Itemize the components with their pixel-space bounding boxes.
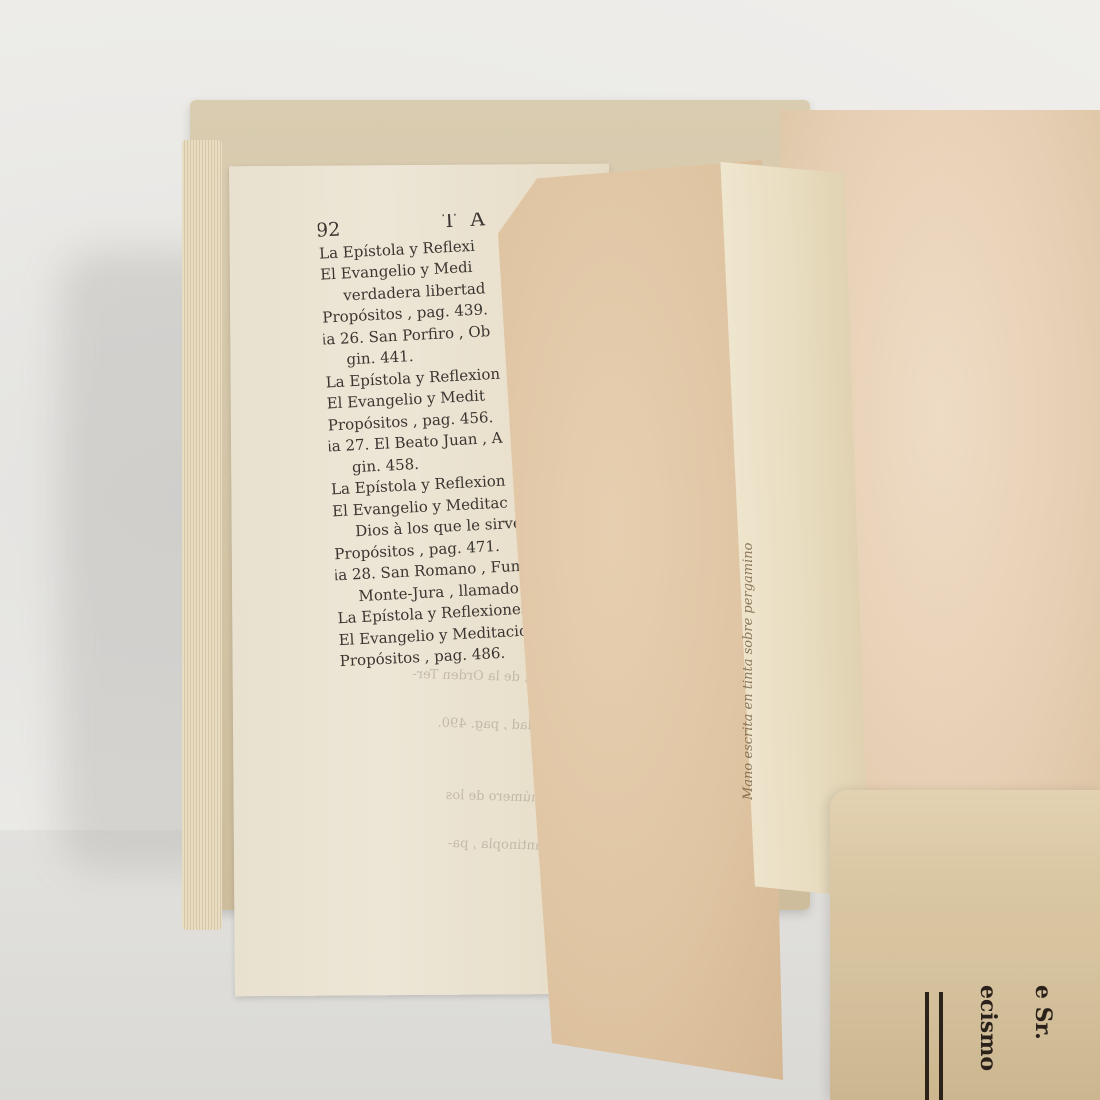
page-number: 492 <box>317 219 340 243</box>
handwritten-script: Mano escrita en tinta sobre pergamino <box>740 200 850 800</box>
spine-title: ecismo <box>975 985 1001 1071</box>
second-book-spine <box>830 960 1100 1100</box>
page-edges <box>182 140 222 930</box>
spine-rules <box>925 992 945 1100</box>
running-head: T A <box>442 208 489 232</box>
spine-subtitle: e Sr. <box>1030 985 1056 1040</box>
